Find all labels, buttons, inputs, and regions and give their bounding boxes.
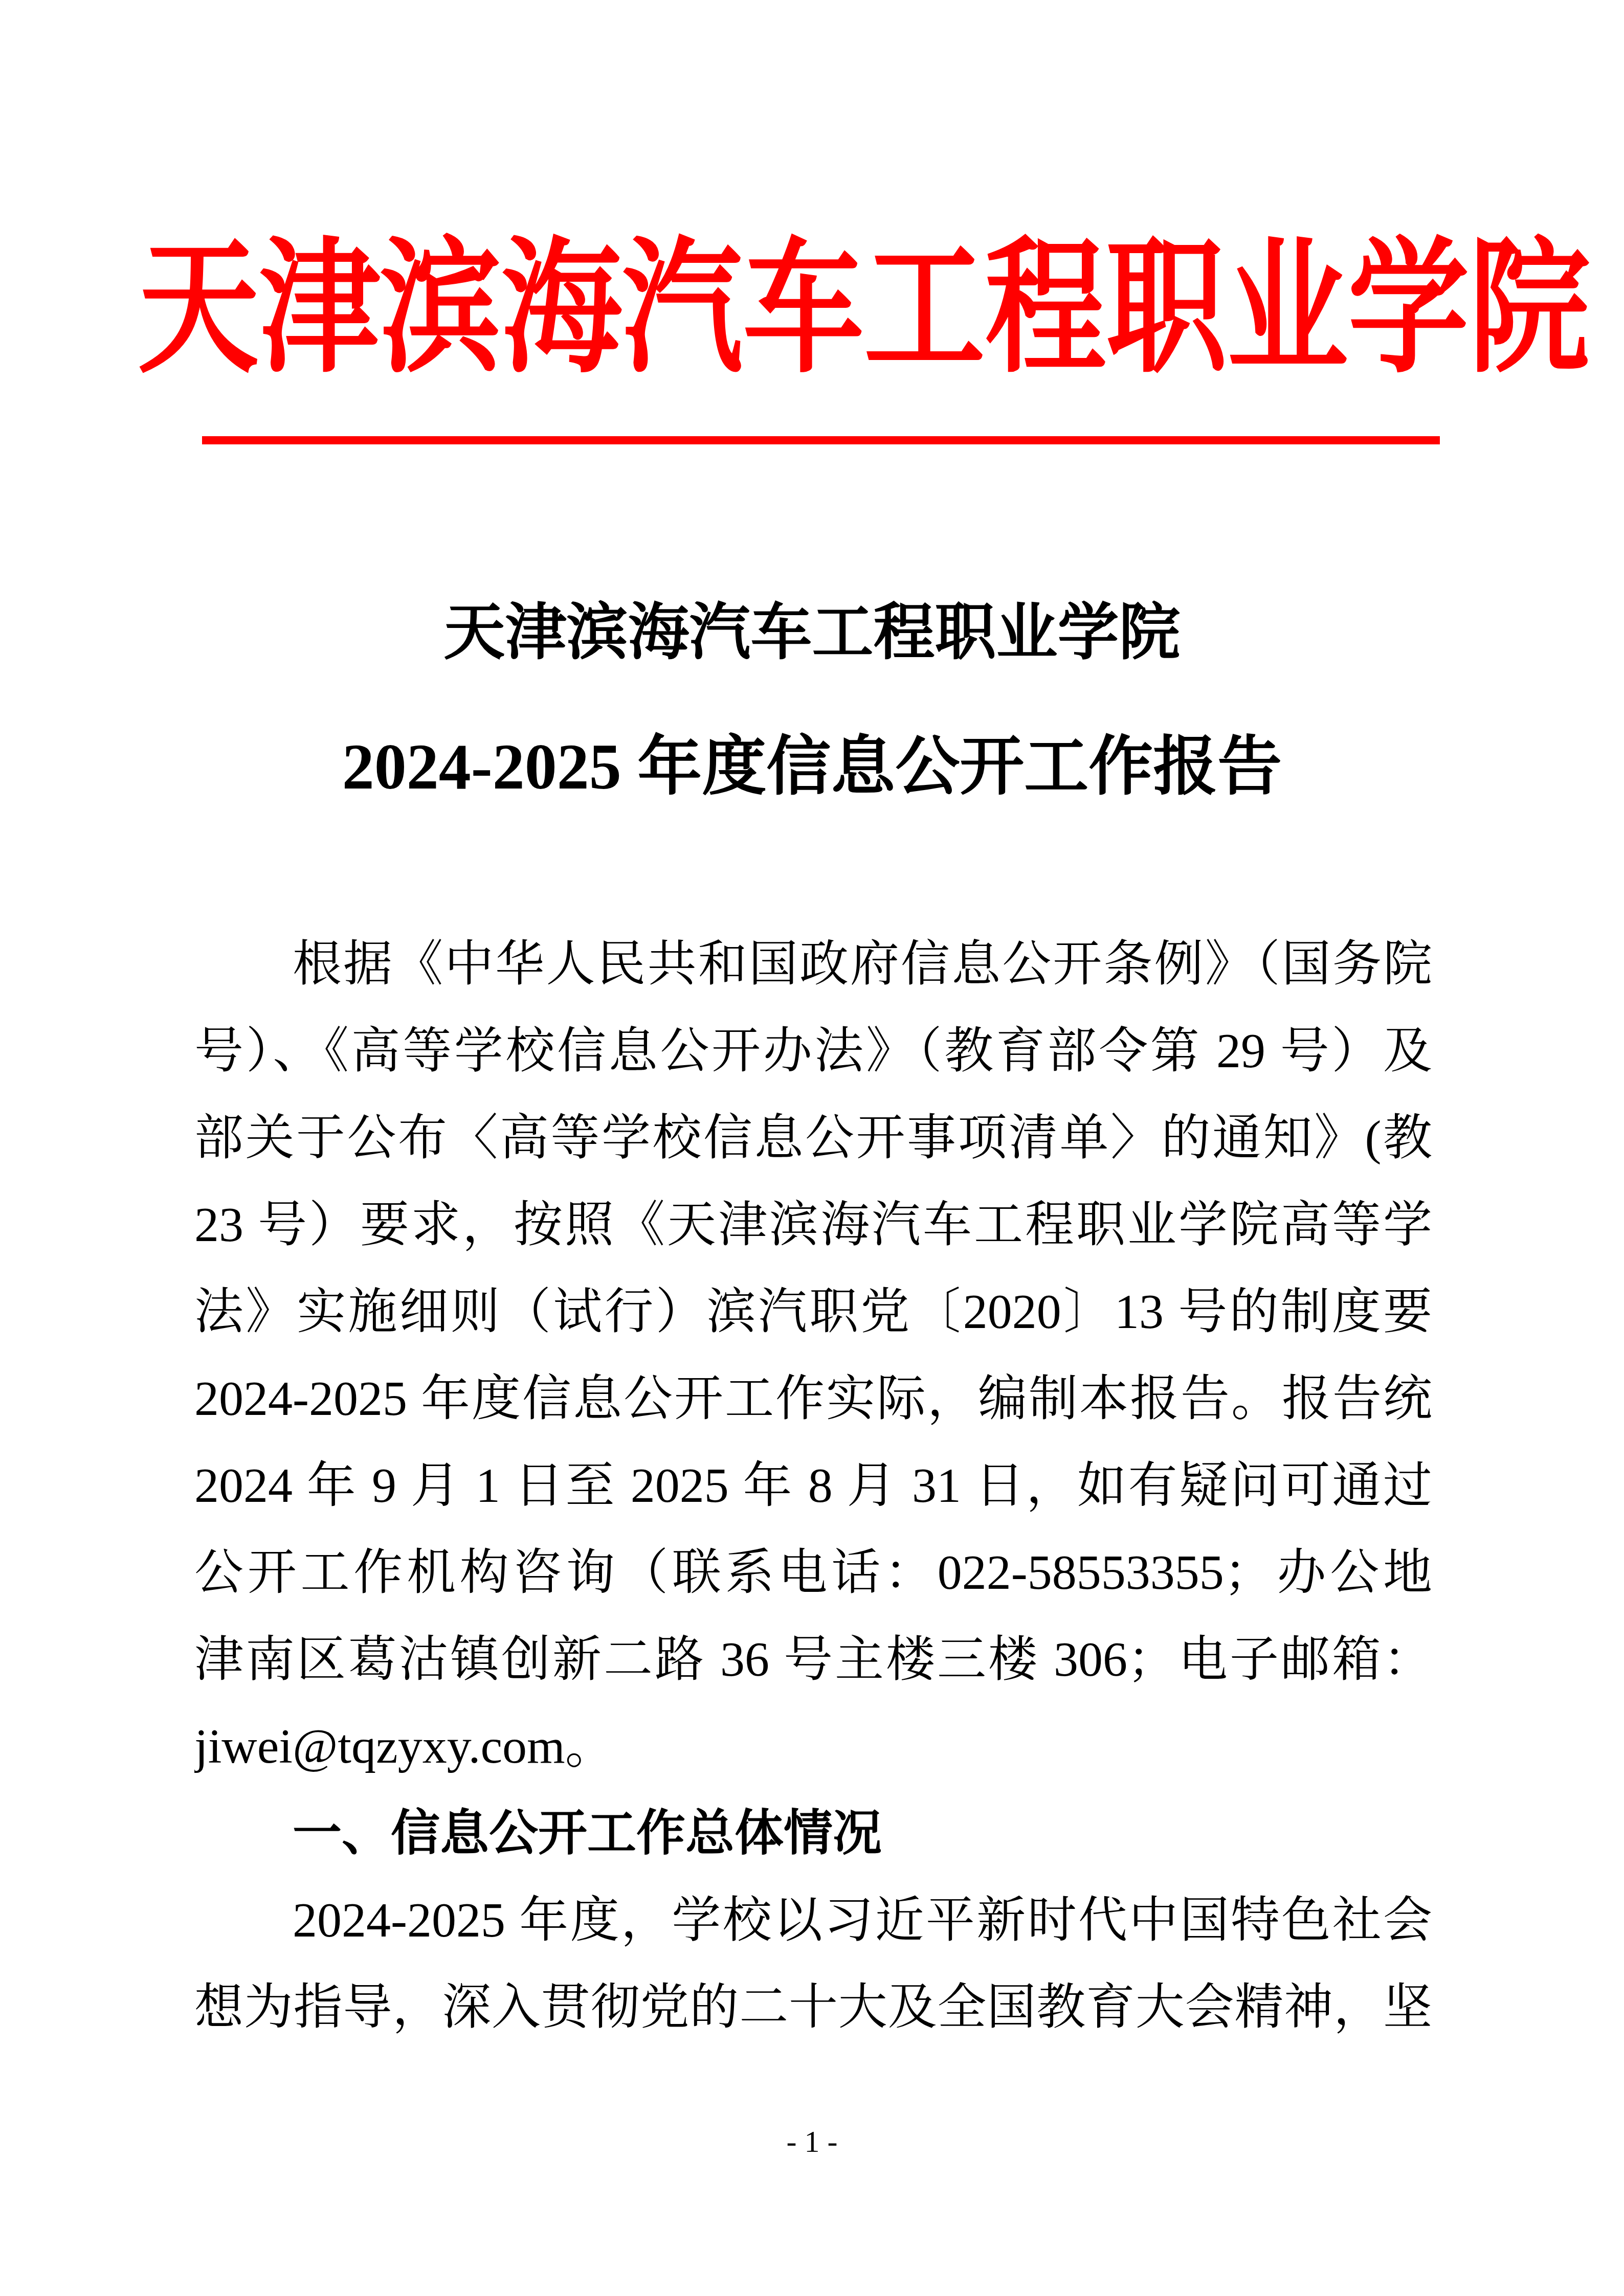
paragraph1-line: jiwei@tqzyxy.com。: [194, 1703, 1432, 1790]
doc-title-school-name: 天津滨海汽车工程职业学院: [0, 597, 1624, 669]
paragraph1-line: 部关于公布〈高等学校信息公开事项清单〉的通知》(教办函〔2014〕: [194, 1094, 1432, 1181]
body-text: 根据《中华人民共和国政府信息公开条例》（国务院令第 711 号）、《高等学校信息…: [194, 920, 1432, 2051]
paragraph1-line: 号）、《高等学校信息公开办法》（教育部令第 29 号）及《教育: [194, 1007, 1432, 1094]
page-number: - 1 -: [0, 2121, 1624, 2162]
paragraph1-line: 公开工作机构咨询（联系电话：022-58553355；办公地址：天津市: [194, 1529, 1432, 1616]
paragraph1-line: 法》实施细则（试行）滨汽职党〔2020〕13 号的制度要求，结合学校: [194, 1268, 1432, 1355]
paragraph2-line: 2024-2025 年度，学校以习近平新时代中国特色社会主义思: [194, 1877, 1432, 1964]
paragraph1-line: 津南区葛沽镇创新二路 36 号主楼三楼 306；电子邮箱：: [194, 1616, 1432, 1703]
paragraph2-line: 想为指导，深入贯彻党的二十大及全国教育大会精神，坚持“公正、: [194, 1964, 1432, 2051]
masthead-rule: [202, 436, 1440, 444]
doc-title-report-name: 2024-2025 年度信息公开工作报告: [0, 730, 1624, 805]
paragraph1-line: 2024-2025 年度信息公开工作实际，编制本报告。报告统计期限为: [194, 1355, 1432, 1442]
section1-heading: 一、信息公开工作总体情况: [194, 1790, 1432, 1877]
document-page: 天津滨海汽车工程职业学院 天津滨海汽车工程职业学院 2024-2025 年度信息…: [0, 0, 1624, 2296]
paragraph1-line: 根据《中华人民共和国政府信息公开条例》（国务院令第 711: [194, 920, 1432, 1007]
masthead-school-name: 天津滨海汽车工程职业学院: [138, 225, 1486, 394]
paragraph1-line: 2024 年 9 月 1 日至 2025 年 8 月 31 日，如有疑问可通过学…: [194, 1442, 1432, 1529]
paragraph1-line: 23 号）要求，按照《天津滨海汽车工程职业学院高等学校信息公开办: [194, 1181, 1432, 1268]
